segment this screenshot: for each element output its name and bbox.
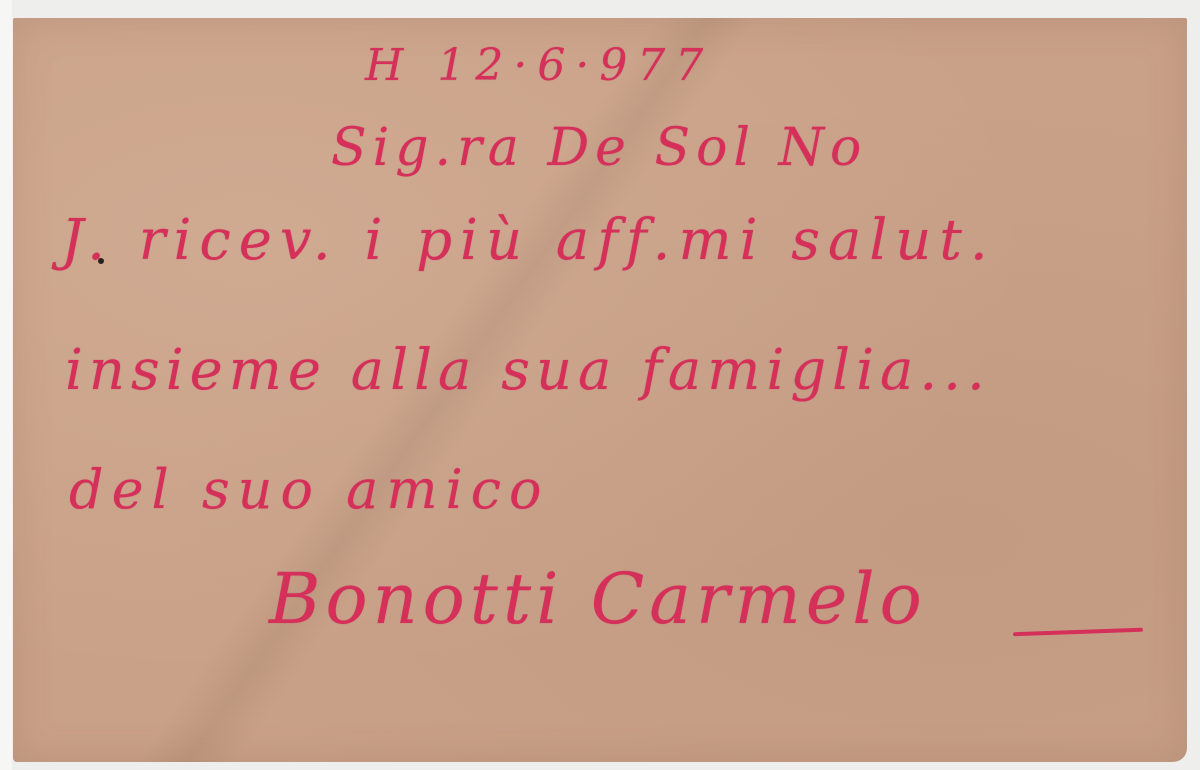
message-line-2: insieme alla sua famiglia... [65, 338, 991, 403]
postcard: H 12·6·977 Sig.ra De Sol No J. ricev. i … [13, 18, 1187, 762]
message-line-3: del suo amico [69, 458, 550, 521]
signature-flourish [1013, 628, 1143, 637]
salutation-line: Sig.ra De Sol No [331, 118, 867, 178]
scan-background-edge [0, 0, 12, 770]
date-line: H 12·6·977 [365, 40, 713, 91]
ink-spot [98, 258, 104, 264]
signature: Bonotti Carmelo [269, 558, 927, 640]
message-line-1: J. ricev. i più aff.mi salut. [61, 208, 996, 273]
